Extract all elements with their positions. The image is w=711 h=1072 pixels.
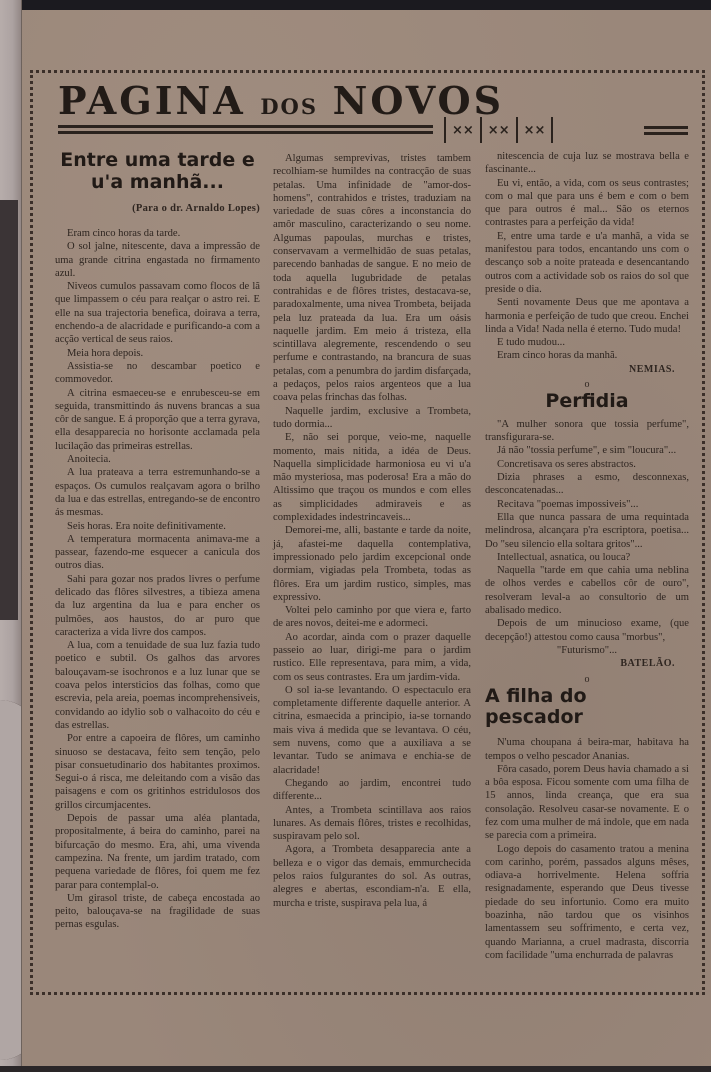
article-title: A filha do pescador xyxy=(485,686,689,730)
paragraph: Senti novamente Deus que me apontava a h… xyxy=(485,296,689,336)
scan-bottom-edge xyxy=(0,1066,711,1072)
paragraph: Recitava "poemas impossiveis"... xyxy=(485,498,689,511)
article-signature: NEMIAS. xyxy=(485,363,689,376)
paragraph: Meia hora depois. xyxy=(55,347,260,360)
previous-page-edge xyxy=(0,0,22,1072)
paragraph: N'uma choupana á beira-mar, habitava ha … xyxy=(485,736,689,763)
masthead-double-rule-right xyxy=(644,126,688,135)
paragraph: Agora, a Trombeta desapparecia ante a be… xyxy=(273,843,471,909)
paragraph: Intellectual, asnatica, ou louca? xyxy=(485,551,689,564)
paragraph: Naquella "tarde em que cahia uma neblina… xyxy=(485,564,689,617)
paragraph: Voltei pelo caminho por que viera e, far… xyxy=(273,604,471,631)
paragraph: Já não "tossia perfume", e sim "loucura"… xyxy=(485,444,689,457)
paragraph: Sahi para gozar nos prados livres o perf… xyxy=(55,573,260,639)
article-title: Perfidia xyxy=(485,391,689,413)
paragraph: Fôra casado, porem Deus havia chamado a … xyxy=(485,763,689,843)
masthead: PAGINA DOS NOVOS ×× ×× ×× xyxy=(58,78,688,140)
paragraph: A lua prateava a terra estremunhando-se … xyxy=(55,466,260,519)
paragraph: Niveos cumulos passavam como flocos de l… xyxy=(55,280,260,346)
paragraph: Assistia-se no descambar poetico e commo… xyxy=(55,360,260,387)
ornament-bar xyxy=(444,117,446,143)
paragraph: "A mulher sonora que tossia perfume", tr… xyxy=(485,418,689,445)
masthead-double-rule-left xyxy=(58,125,433,134)
article-dedication: (Para o dr. Arnaldo Lopes) xyxy=(55,202,260,215)
paragraph: Antes, a Trombeta scintillava aos raios … xyxy=(273,804,471,844)
paragraph: Eu vi, então, a vida, com os seus contra… xyxy=(485,177,689,230)
ornament-cross-icon: ×× xyxy=(524,123,546,138)
paragraph: Chegando ao jardim, encontrei tudo diffe… xyxy=(273,777,471,804)
paragraph: Anoitecia. xyxy=(55,453,260,466)
column-3: nitescencia de cuja luz se mostrava bell… xyxy=(485,150,689,962)
title-word-dos: DOS xyxy=(254,94,324,119)
paragraph: Por entre a capoeira de flôres, um camin… xyxy=(55,732,260,812)
paragraph: Eram cinco horas da manhã. xyxy=(485,349,689,362)
masthead-ornament: ×× ×× ×× xyxy=(438,116,559,144)
article-title: Entre uma tarde e u'a manhã... xyxy=(55,150,260,194)
paragraph: Naquelle jardim, exclusive a Trombeta, t… xyxy=(273,405,471,432)
section-separator-icon: o xyxy=(485,674,689,686)
article-signature: BATELÃO. xyxy=(485,657,689,670)
paragraph: Ao acordar, ainda com o prazer daquelle … xyxy=(273,631,471,684)
paragraph: Eram cinco horas da tarde. xyxy=(55,227,260,240)
ornament-cross-icon: ×× xyxy=(488,123,510,138)
paragraph: Logo depois do casamento tratou a menina… xyxy=(485,843,689,963)
column-1: Entre uma tarde e u'a manhã... (Para o d… xyxy=(55,148,260,932)
ornament-cross-icon: ×× xyxy=(452,123,474,138)
column-2: Algumas semprevivas, tristes tambem reco… xyxy=(273,152,471,910)
paragraph: nitescencia de cuja luz se mostrava bell… xyxy=(485,150,689,177)
paragraph: A lua, com a tenuidade de sua luz fazia … xyxy=(55,639,260,732)
paragraph: Um girasol triste, de cabeça encostada a… xyxy=(55,892,260,932)
paragraph: O sol jalne, nitescente, dava a impressã… xyxy=(55,240,260,280)
paragraph: Depois de passar uma aléa plantada, prop… xyxy=(55,812,260,892)
paragraph: E, não sei porque, veio-me, naquelle mom… xyxy=(273,431,471,524)
paragraph: Ella que nunca passara de uma requintada… xyxy=(485,511,689,551)
paragraph: E, entre uma tarde e u'a manhã, a vida s… xyxy=(485,230,689,296)
title-word-pagina: PAGINA xyxy=(58,78,246,123)
paragraph: O sol ia-se levantando. O espectaculo er… xyxy=(273,684,471,777)
ornament-bar xyxy=(516,117,518,143)
paragraph: Dizia phrases a esmo, desconnexas, desco… xyxy=(485,471,689,498)
paragraph: A temperatura mormacenta animava-me a pa… xyxy=(55,533,260,573)
paragraph: A citrina esmaeceu-se e enrubesceu-se em… xyxy=(55,387,260,453)
paragraph: Concretisava os seres abstractos. xyxy=(485,458,689,471)
previous-page-curl xyxy=(0,700,22,1060)
quote-line: "Futurismo"... xyxy=(485,644,689,657)
scan-top-edge xyxy=(0,0,711,10)
ornament-bar xyxy=(551,117,553,143)
paragraph: Algumas semprevivas, tristes tambem reco… xyxy=(273,152,471,405)
previous-page-photo xyxy=(0,200,18,620)
paragraph: Depois de um minucioso exame, (que decep… xyxy=(485,617,689,644)
paragraph: Demorei-me, alli, bastante e tarde da no… xyxy=(273,524,471,604)
paragraph: E tudo mudou... xyxy=(485,336,689,349)
ornament-bar xyxy=(480,117,482,143)
paragraph: Seis horas. Era noite definitivamente. xyxy=(55,520,260,533)
